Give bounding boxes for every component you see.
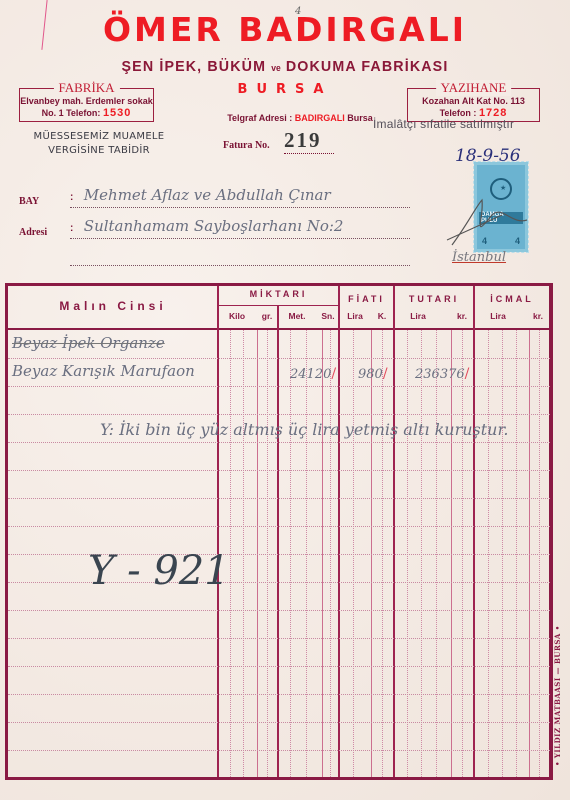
header-summary-lira: Lira (478, 311, 518, 321)
check-tick: / (383, 366, 388, 382)
telegraph-label: Telgraf Adresi : (227, 113, 292, 123)
header-summary: İCMAL (474, 294, 550, 304)
stamp-date: 18-9-56 (455, 146, 521, 166)
header-quantity-kilo: Kilo (222, 311, 252, 321)
factory-phone-line: No. 1 Telefon: 1530 (20, 107, 153, 119)
row-line (8, 750, 550, 751)
row-line (8, 414, 550, 415)
row-line (8, 638, 550, 639)
tax-stamp-line1: MÜESSESEMİZ MUAMELE (24, 130, 174, 144)
invoice-number-label: Fatura No. (223, 140, 270, 151)
column-divider (473, 286, 475, 777)
recipient-name: Mehmet Aflaz ve Abdullah Çınar (78, 186, 331, 204)
line-item-description: Beyaz İpek Organze (12, 334, 165, 352)
factory-address-box: FABRİKA Elvanbey mah. Erdemler sokak No.… (19, 88, 154, 122)
subtitle-part2: DOKUMA FABRİKASI (286, 58, 449, 75)
header-price-lira: Lira (339, 311, 371, 321)
price-value: 980 (358, 367, 383, 382)
header-amount-lira: Lira (398, 311, 438, 321)
recipient-label: BAY (19, 196, 39, 207)
row-line (8, 470, 550, 471)
row-line (8, 386, 550, 387)
header-description: Malın Cinsi (8, 299, 218, 313)
colon: : (70, 192, 73, 203)
row-line (8, 694, 550, 695)
tax-stamp-line2: VERGİSİNE TABİDİR (24, 144, 174, 158)
row-line (8, 442, 550, 443)
line-item-amount: 236376/ (415, 366, 469, 382)
address-label: Adresi (19, 227, 47, 238)
telegraph-address: Telgraf Adresi : BADIRGALI Bursa (200, 113, 400, 123)
tax-stamp: MÜESSESEMİZ MUAMELE VERGİSİNE TABİDİR (24, 130, 174, 158)
header-divider (218, 305, 339, 306)
column-divider (393, 286, 395, 777)
recipient-address: Sultanhamam Sayboşlarhanı No:2 (78, 217, 344, 235)
manufacturer-note: İmalâtçı sıfatile satılmıştır (373, 117, 514, 131)
colon: : (70, 223, 73, 234)
quantity-value: 24120 (290, 367, 331, 382)
row-line (8, 722, 550, 723)
row-line (8, 358, 550, 359)
column-divider (277, 305, 279, 777)
header-quantity-met: Met. (282, 311, 312, 321)
row-line (8, 666, 550, 667)
header-quantity-gr: gr. (256, 311, 278, 321)
recipient-name-field: : Mehmet Aflaz ve Abdullah Çınar (70, 186, 410, 208)
amount-value: 236376 (415, 367, 465, 382)
telegraph-name: BADIRGALI (295, 113, 345, 123)
line-item-price: 980/ (358, 366, 388, 382)
stamp-city-signature: İstanbul (452, 250, 506, 265)
amount-in-words: Y: İki bin üç yüz altmış üç lira yetmiş … (100, 420, 508, 439)
company-name: ÖMER BADIRGALI (0, 10, 570, 49)
factory-phone: 1530 (103, 107, 131, 119)
header-summary-kr: kr. (528, 311, 548, 321)
invoice-table: Malın Cinsi MİKTARI Kilo gr. Met. Sn. Fİ… (5, 283, 553, 780)
handwritten-total-note: Y - 921 (88, 548, 230, 594)
signature-scribble (442, 195, 532, 255)
office-address: Kozahan Alt Kat No. 113 (408, 95, 539, 107)
line-item-description: Beyaz Karışık Marufaon (12, 362, 195, 380)
row-line (8, 498, 550, 499)
telegraph-city: Bursa (347, 113, 373, 123)
row-line (8, 610, 550, 611)
subtitle-ve: ve (271, 63, 281, 73)
office-title: YAZIHANE (436, 80, 512, 96)
header-amount: TUTARI (394, 294, 474, 304)
header-amount-kr: kr. (452, 311, 472, 321)
line-item-quantity: 24120/ (290, 366, 336, 382)
table-header: Malın Cinsi MİKTARI Kilo gr. Met. Sn. Fİ… (8, 286, 549, 330)
row-line (8, 526, 550, 527)
header-price: FİATI (339, 294, 394, 304)
check-tick: / (331, 366, 336, 382)
column-divider (338, 286, 340, 777)
recipient-address-field: : Sultanhamam Sayboşlarhanı No:2 (70, 217, 410, 239)
factory-title: FABRİKA (53, 80, 119, 96)
invoice-number: 219 (284, 128, 334, 154)
factory-address: Elvanbey mah. Erdemler sokak (20, 95, 153, 107)
factory-phone-label: No. 1 Telefon: (42, 108, 101, 118)
header-quantity-sn: Sn. (318, 311, 338, 321)
check-tick: / (465, 366, 470, 382)
column-divider (217, 286, 219, 777)
header-quantity: MİKTARI (218, 289, 339, 299)
company-subtitle: ŞEN İPEK, BÜKÜM ve DOKUMA FABRİKASI (14, 58, 556, 75)
subtitle-part1: ŞEN İPEK, BÜKÜM (122, 58, 267, 75)
header-price-k: K. (372, 311, 392, 321)
address-blank-line (70, 258, 410, 266)
printer-imprint: • YILDIZ MATBAASI — BURSA • (553, 598, 569, 794)
